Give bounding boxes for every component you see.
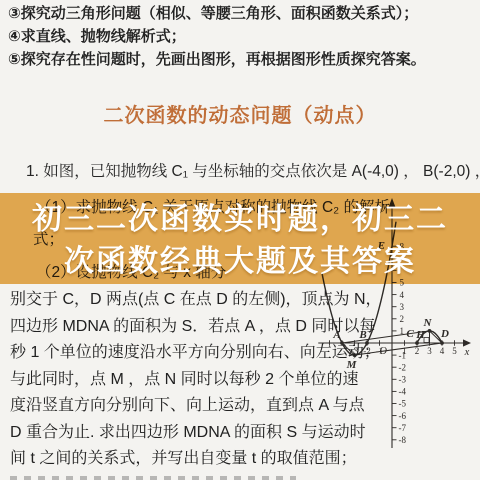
svg-text:-8: -8 bbox=[399, 435, 407, 445]
cropped-text-line bbox=[10, 476, 296, 480]
svg-text:x: x bbox=[464, 347, 470, 358]
watermark-line-1: 初三二次函数实时题，初三二 bbox=[0, 199, 480, 241]
note-line-5: ⑤探究存在性问题时，先画出图形，再根据图形性质探究答案。 bbox=[8, 48, 476, 71]
svg-text:2: 2 bbox=[415, 346, 420, 356]
svg-text:-5: -5 bbox=[399, 399, 407, 409]
svg-text:4: 4 bbox=[400, 290, 405, 300]
problem-intro: 1. 如图，已知抛物线 C₁ 与坐标轴的交点依次是 A(-4,0) ， B(-2… bbox=[26, 159, 480, 181]
svg-text:D: D bbox=[440, 328, 449, 340]
svg-text:-7: -7 bbox=[399, 423, 407, 433]
section-title: 二次函数的动态问题（动点） bbox=[0, 99, 480, 128]
intro-notes: ③探究动三角形问题（相似、等腰三角形、面积函数关系式）； ④求直线、抛物线解析式… bbox=[8, 2, 476, 71]
svg-text:2: 2 bbox=[400, 314, 405, 324]
svg-text:3: 3 bbox=[400, 302, 405, 312]
watermark-line-2: 次函数经典大题及其答案 bbox=[0, 241, 480, 283]
svg-text:3: 3 bbox=[427, 346, 432, 356]
body-line: 秒 1 个单位的速度沿水平方向分别向右、向左运动； bbox=[10, 340, 382, 367]
svg-text:N: N bbox=[423, 317, 433, 329]
note-line-3: ③探究动三角形问题（相似、等腰三角形、面积函数关系式）； bbox=[8, 2, 476, 25]
svg-text:4: 4 bbox=[440, 346, 445, 356]
body-line: 度沿竖直方向分别向下、向上运动，直到点 A 与点 bbox=[10, 393, 382, 420]
body-line: D 重合为止. 求出四边形 MDNA 的面积 S 与运动时 bbox=[10, 420, 382, 447]
svg-text:-4: -4 bbox=[399, 387, 407, 397]
svg-text:-3: -3 bbox=[399, 375, 407, 385]
problem-body: 别交于 C，D 两点(点 C 在点 D 的左侧)，顶点为 N， 四边形 MDNA… bbox=[10, 287, 382, 473]
body-line: 别交于 C，D 两点(点 C 在点 D 的左侧)，顶点为 N， bbox=[10, 287, 382, 314]
svg-text:C: C bbox=[406, 328, 414, 340]
body-line: 间 t 之间的关系式，并写出自变量 t 的取值范围； bbox=[10, 446, 382, 473]
body-line: 与此同时，点 M ，点 N 同时以每秒 2 个单位的速 bbox=[10, 367, 382, 394]
watermark-text: 初三二次函数实时题，初三二 次函数经典大题及其答案 bbox=[0, 199, 480, 283]
note-line-4: ④求直线、抛物线解析式； bbox=[8, 25, 476, 48]
svg-text:5: 5 bbox=[452, 346, 457, 356]
svg-text:H: H bbox=[415, 329, 425, 341]
svg-text:-2: -2 bbox=[399, 362, 407, 372]
svg-text:-6: -6 bbox=[399, 411, 407, 421]
body-line: 四边形 MDNA 的面积为 S．若点 A ，点 D 同时以每 bbox=[10, 314, 382, 341]
svg-text:-1: -1 bbox=[399, 350, 407, 360]
